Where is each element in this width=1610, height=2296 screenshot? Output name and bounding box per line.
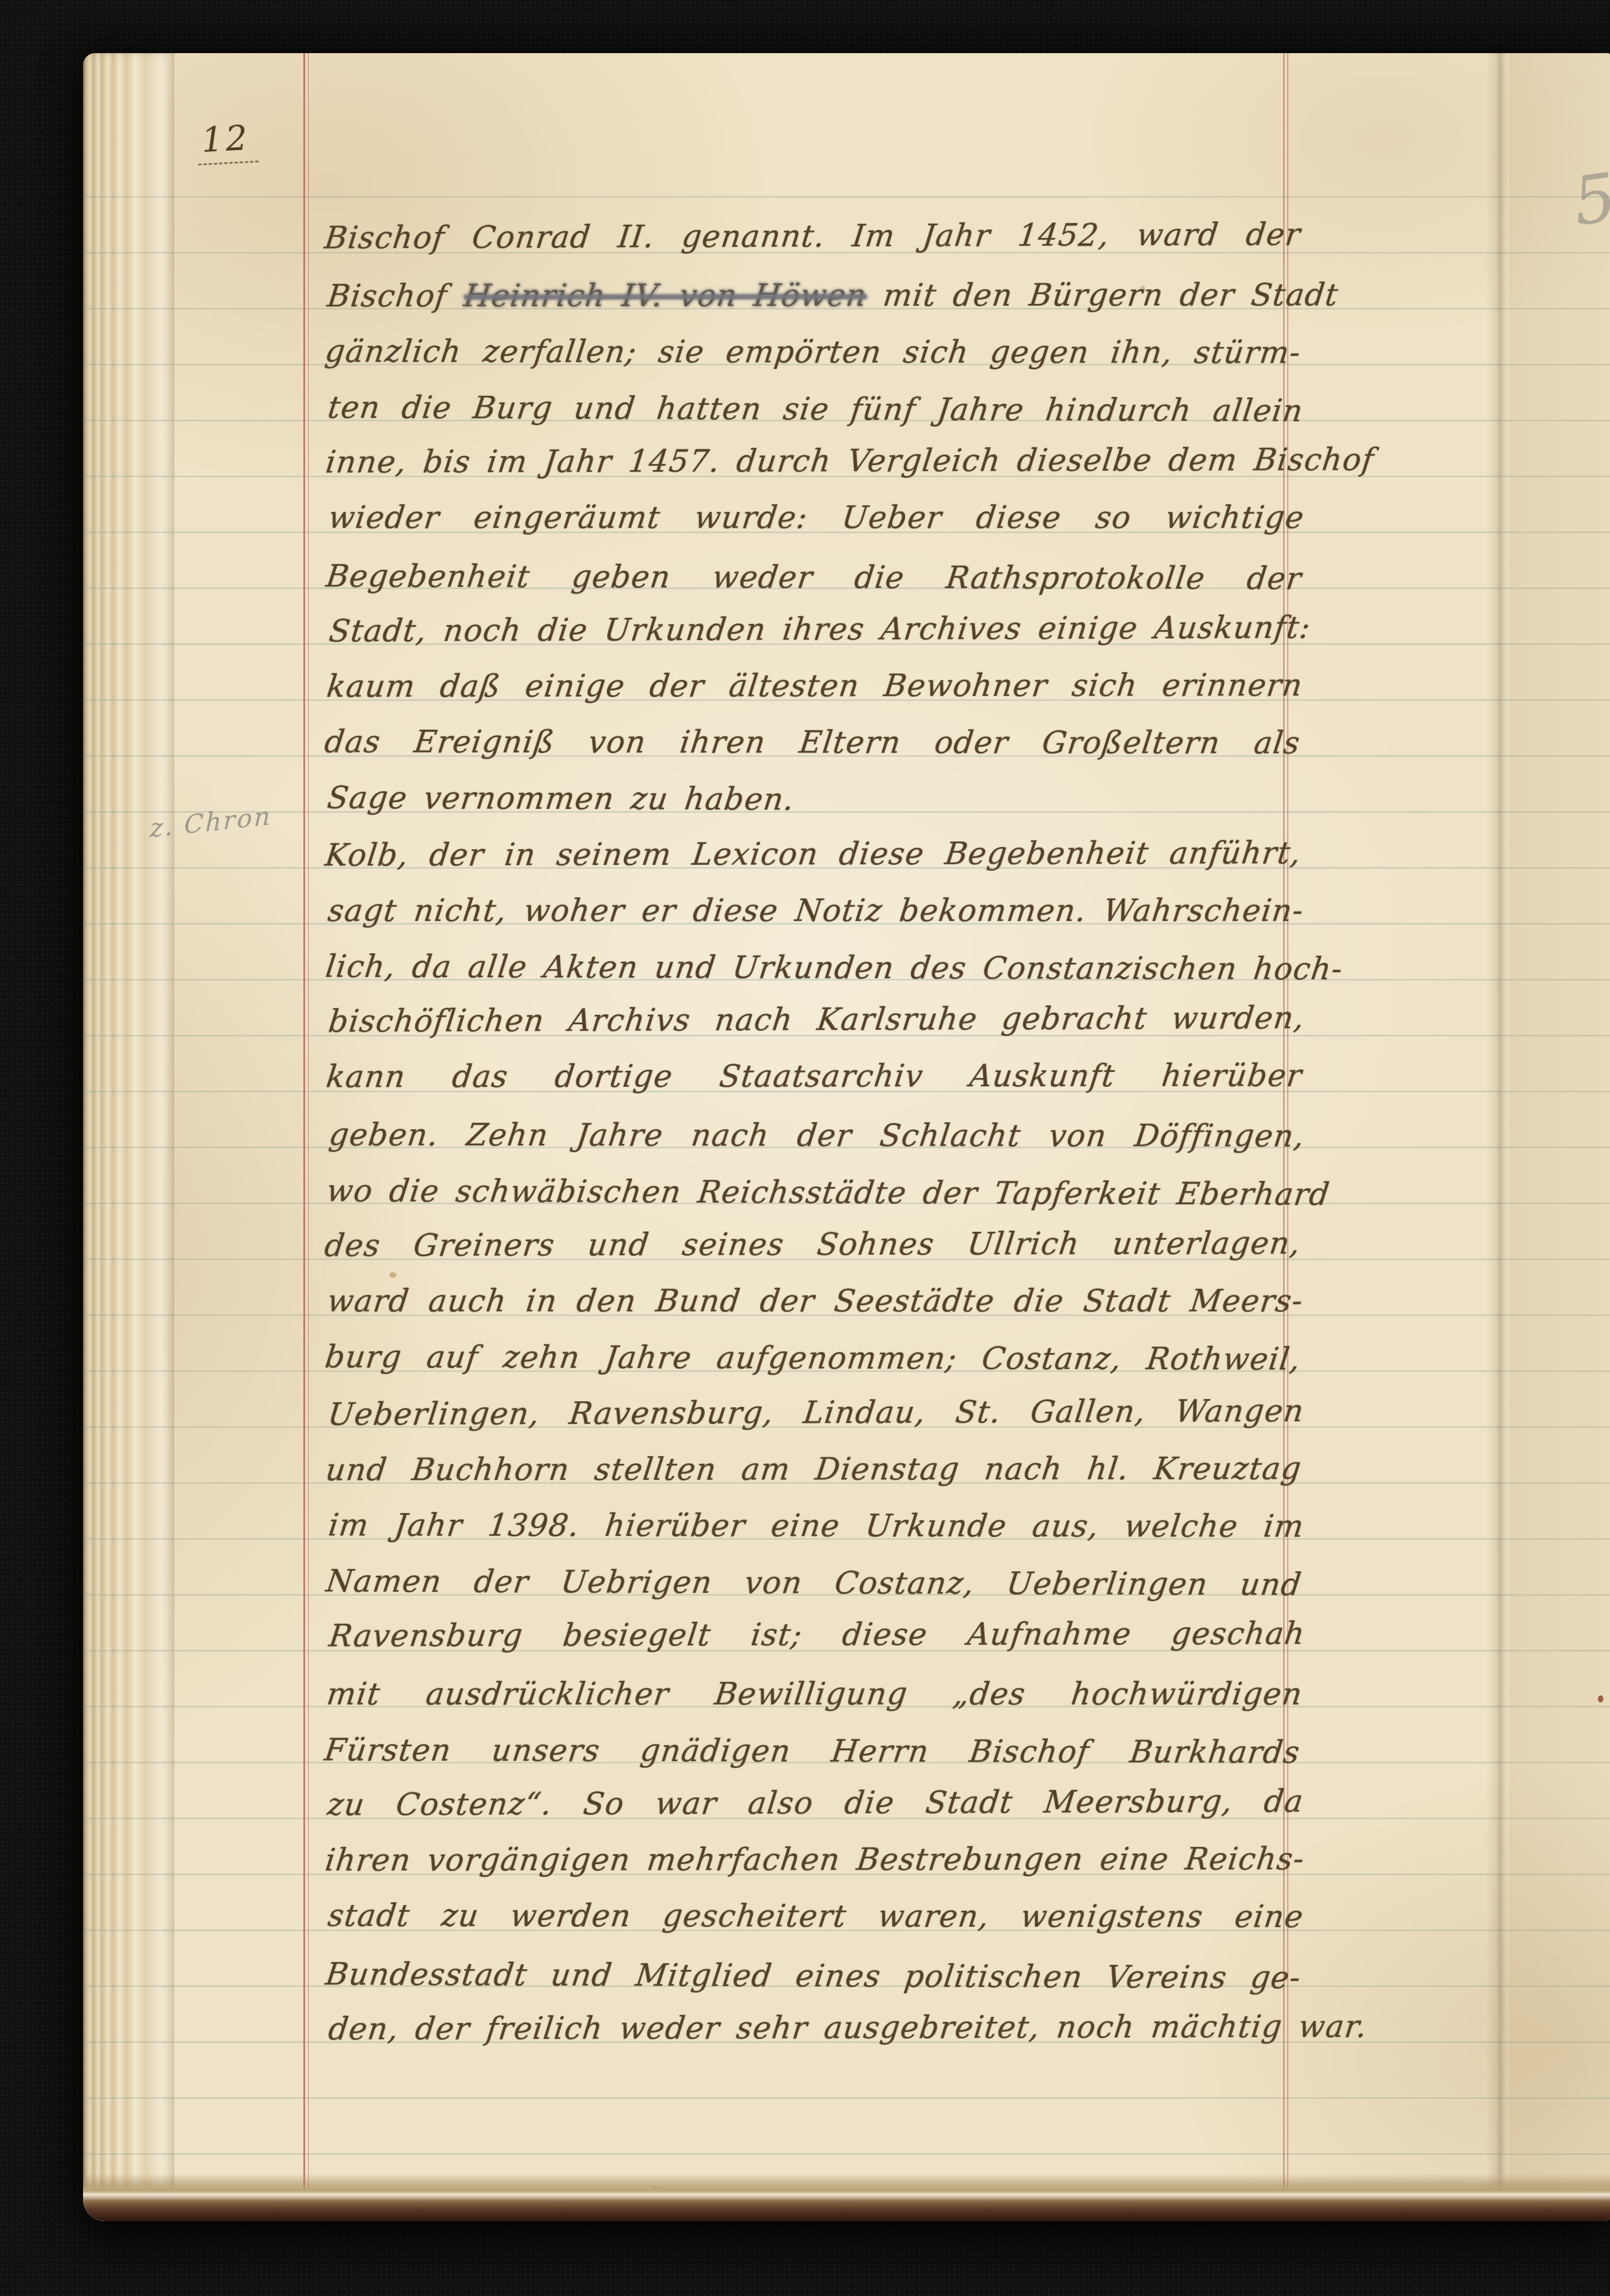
manuscript-line: geben. Zehn Jahre nach der Schlacht von … xyxy=(326,1110,1308,1168)
manuscript-line: Namen der Uebrigen von Costanz, Ueberlin… xyxy=(322,1555,1304,1616)
manuscript-scan-photo: { "page": { "number": "12", "margin_note… xyxy=(0,0,1610,2296)
manuscript-line: wieder eingeräumt wurde: Ueber diese so … xyxy=(325,492,1308,550)
manuscript-line: burg auf zehn Jahre aufgenommen; Costanz… xyxy=(321,1331,1303,1391)
manuscript-line: Sage vernommen zu haben. xyxy=(323,772,797,831)
manuscript-line: Ueberlingen, Ravensburg, Lindau, St. Gal… xyxy=(324,1386,1307,1447)
manuscript-line: im Jahr 1398. hierüber eine Urkunde aus,… xyxy=(325,1500,1308,1559)
manuscript-line: Bundesstadt und Mitglied eines politisch… xyxy=(322,1948,1304,2009)
manuscript-line: zu Costenz“. So war also die Stadt Meers… xyxy=(324,1776,1307,1837)
page-number: 12 xyxy=(196,117,259,166)
manuscript-line: wo die schwäbischen Reichsstädte der Tap… xyxy=(323,1165,1305,1226)
manuscript-line: sagt nicht, woher er diese Notiz bekomme… xyxy=(324,885,1307,943)
book-page: 12 z. Chron 53 Bischof Conrad II. genann… xyxy=(83,53,1610,2221)
manuscript-line: kaum daß einige der ältesten Bewohner si… xyxy=(323,660,1306,719)
manuscript-line: das Ereigniß von ihren Eltern oder Große… xyxy=(321,716,1304,775)
stain-spot xyxy=(1141,286,1145,290)
manuscript-line: des Greiners und seines Sohnes Ullrich u… xyxy=(321,1218,1304,1278)
manuscript-line: Bischof Heinrich IV. von Höwen mit den B… xyxy=(324,270,1307,328)
facing-page-edge xyxy=(1509,53,1610,2221)
manuscript-line: Bischof Conrad II. genannt. Im Jahr 1452… xyxy=(321,209,1304,270)
manuscript-line: und Buchhorn stellten am Dienstag nach h… xyxy=(322,1443,1305,1502)
stain-spot xyxy=(1598,1695,1603,1702)
manuscript-line: ward auch in den Bund der Seestädte die … xyxy=(324,1276,1307,1333)
stain-spot xyxy=(389,1272,396,1278)
manuscript-line: inne, bis im Jahr 1457. durch Vergleich … xyxy=(322,435,1305,494)
manuscript-line: Ravensburg besiegelt ist; diese Aufnahme… xyxy=(326,1608,1308,1668)
manuscript-line: kann das dortige Staatsarchiv Auskunft h… xyxy=(323,1050,1305,1109)
left-margin-line xyxy=(303,53,310,2221)
manuscript-line: gänzlich zerfallen; sie empörten sich ge… xyxy=(322,326,1304,385)
manuscript-line: den, der freilich weder sehr ausgebreite… xyxy=(325,2001,1308,2061)
manuscript-line: ten die Burg und hatten sie fünf Jahre h… xyxy=(324,381,1306,442)
manuscript-line: Stadt, noch die Urkunden ihres Archives … xyxy=(326,602,1308,663)
manuscript-line: Kolb, der in seinem Lexicon diese Begebe… xyxy=(322,828,1304,888)
manuscript-line: Fürsten unsers gnädigen Herrn Bischof Bu… xyxy=(321,1724,1303,1784)
manuscript-line: mit ausdrücklicher Bewilligung „des hoch… xyxy=(323,1669,1306,1726)
manuscript-line: stadt zu werden gescheitert waren, wenig… xyxy=(324,1890,1307,1949)
page-crease xyxy=(1486,53,1511,2221)
pencil-overwritten-text: Heinrich IV. von Höwen xyxy=(462,278,869,314)
book-bottom-edge xyxy=(83,2174,1610,2221)
manuscript-line: bischöflichen Archivs nach Karlsruhe geb… xyxy=(325,993,1308,1054)
manuscript-line: lich, da alle Akten und Urkunden des Con… xyxy=(322,941,1304,1000)
manuscript-line: Begebenheit geben weder die Rathsprotoko… xyxy=(322,550,1304,610)
manuscript-line: ihren vorgängigen mehrfachen Bestrebunge… xyxy=(322,1834,1304,1892)
